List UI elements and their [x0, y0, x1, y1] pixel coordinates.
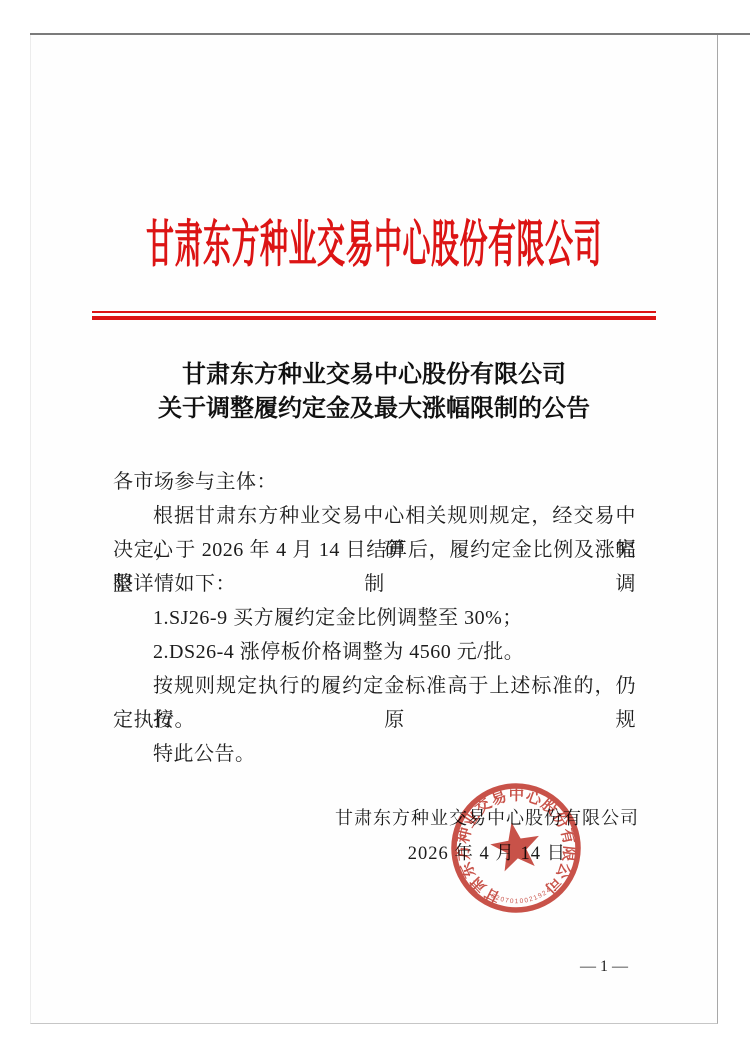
scanned-document: 甘肃东方种业交易中心股份有限公司 甘肃东方种业交易中心股份有限公司 关于调整履约…: [0, 0, 750, 1060]
announcement-title-line1: 甘肃东方种业交易中心股份有限公司: [31, 358, 717, 392]
document-page: 甘肃东方种业交易中心股份有限公司 甘肃东方种业交易中心股份有限公司 关于调整履约…: [30, 35, 718, 1024]
body-line: 2.DS26-4 涨停板价格调整为 4560 元/批。: [113, 635, 636, 669]
body-line: 决定，于 2026 年 4 月 14 日结算后，履约定金比例及涨幅限制调: [113, 533, 636, 567]
seal-serial-number: 6207010021924: [489, 882, 555, 910]
svg-text:6207010021924: 6207010021924: [489, 882, 555, 910]
body-line: 按规则规定执行的履约定金标准高于上述标准的，仍按原规: [113, 669, 636, 703]
page-number: — 1 —: [554, 958, 654, 975]
body-text: 各市场参与主体：根据甘肃东方种业交易中心相关规则规定，经交易中心研究决定，于 2…: [113, 465, 636, 771]
body-line: 1.SJ26-9 买方履约定金比例调整至 30%；: [113, 601, 636, 635]
body-line: 特此公告。: [113, 737, 636, 771]
signature-company: 甘肃东方种业交易中心股份有限公司: [331, 800, 643, 836]
letterhead-divider-rule: [92, 311, 656, 320]
signature-block: 甘肃东方种业交易中心股份有限公司 2026 年 4 月 14 日: [331, 800, 643, 872]
body-line: 各市场参与主体：: [113, 465, 636, 499]
announcement-title: 甘肃东方种业交易中心股份有限公司 关于调整履约定金及最大涨幅限制的公告: [31, 358, 717, 426]
body-line: 根据甘肃东方种业交易中心相关规则规定，经交易中心研究: [113, 499, 636, 533]
signature-date: 2026 年 4 月 14 日: [331, 836, 643, 872]
letterhead-title: 甘肃东方种业交易中心股份有限公司: [31, 220, 717, 270]
announcement-title-line2: 关于调整履约定金及最大涨幅限制的公告: [31, 392, 717, 426]
